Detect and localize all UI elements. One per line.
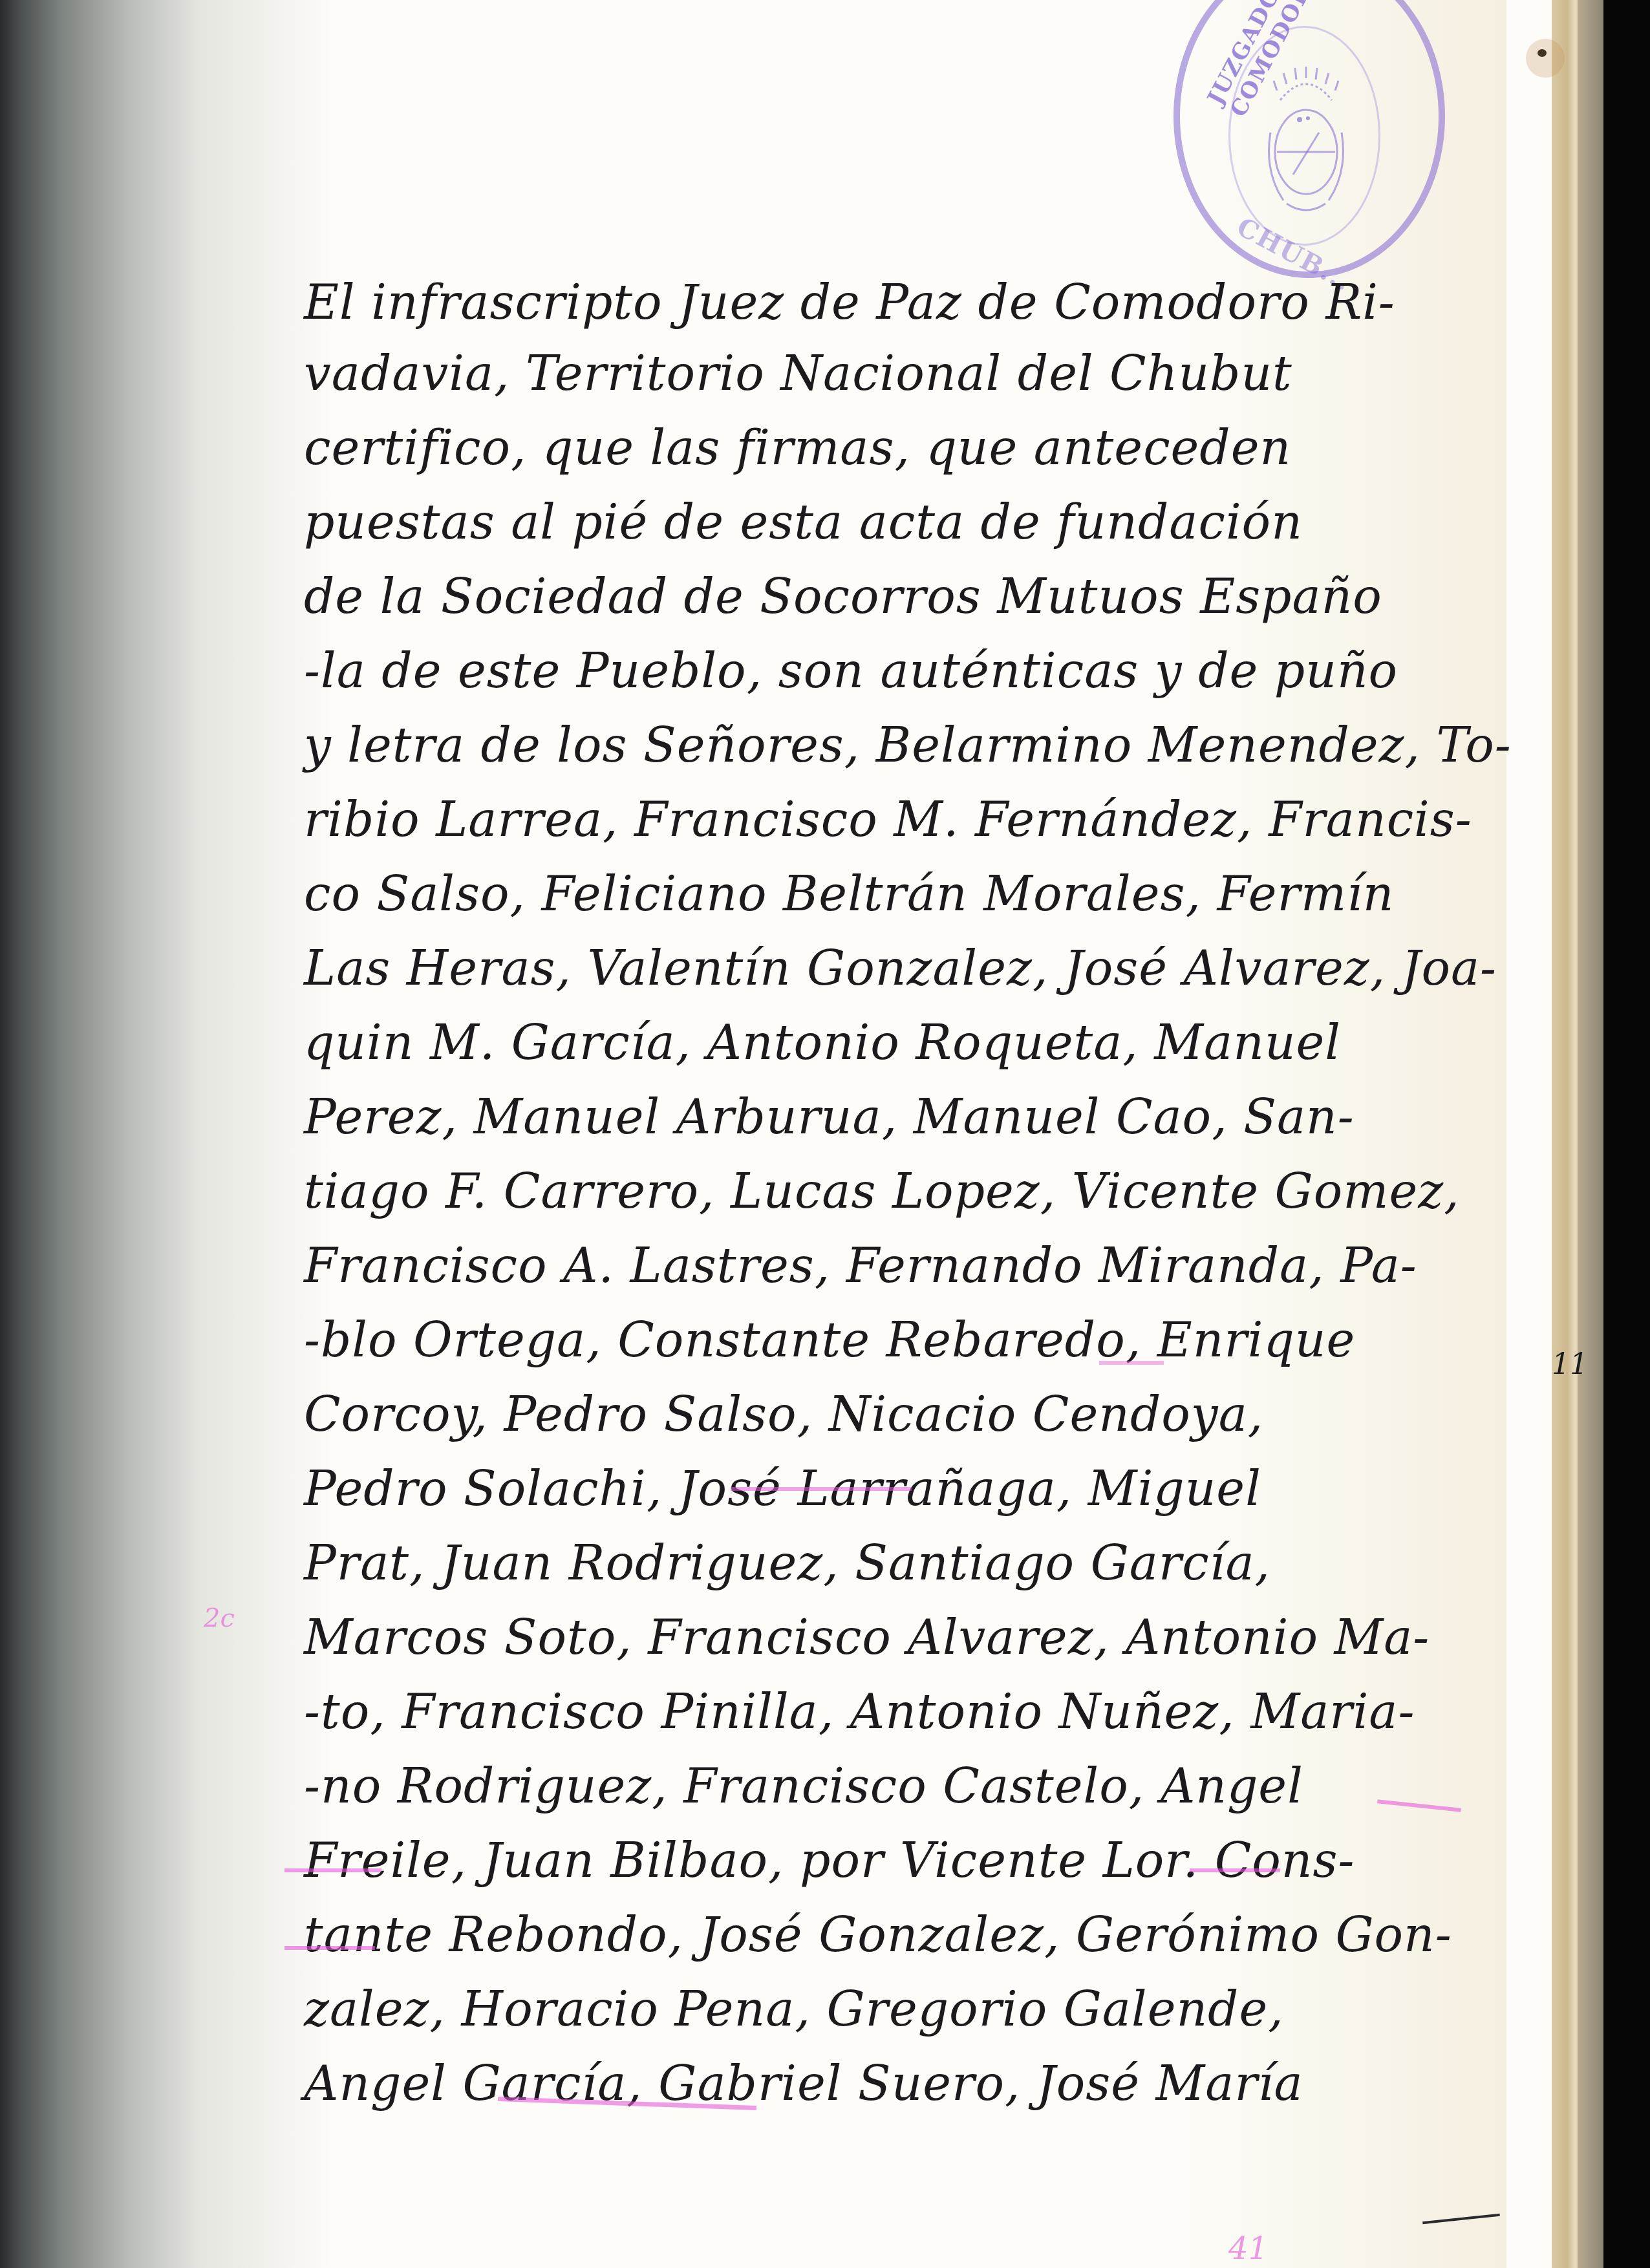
text-line: -la de este Pueblo, son auténticas y de … [304,643,1532,699]
text-line: vadavia, Territorio Nacional del Chubut [304,346,1532,401]
pink-underline [731,1487,912,1491]
text-line: -blo Ortega, Constante Rebaredo, Enrique [304,1312,1532,1368]
text-line: quin M. García, Antonio Roqueta, Manuel [304,1015,1532,1071]
text-line: de la Sociedad de Socorros Mutuos Españo [304,569,1532,625]
folio-number: 41 [1228,2231,1268,2267]
text-line: Perez, Manuel Arburua, Manuel Cao, San- [304,1089,1532,1145]
text-line: tante Rebondo, José Gonzalez, Gerónimo G… [304,1907,1532,1963]
text-line: -to, Francisco Pinilla, Antonio Nuñez, M… [304,1684,1532,1740]
text-line: Corcoy, Pedro Salso, Nicacio Cendoya, [304,1387,1532,1442]
text-line: puestas al pié de esta acta de fundación [304,495,1532,550]
pink-underline [284,1868,381,1872]
text-line: Marcos Soto, Francisco Alvarez, Antonio … [304,1610,1532,1665]
pink-underline [1190,1868,1280,1872]
pink-underline [1099,1361,1164,1365]
text-line: tiago F. Carrero, Lucas Lopez, Vicente G… [304,1164,1532,1219]
pink-underline [284,1946,375,1950]
text-line: ribio Larrea, Francisco M. Fernández, Fr… [304,792,1532,848]
text-line: Angel García, Gabriel Suero, José María [304,2056,1532,2112]
text-line: zalez, Horacio Pena, Gregorio Galende, [304,1982,1532,2037]
coat-of-arms-icon [1258,61,1355,223]
text-line: Francisco A. Lastres, Fernando Miranda, … [304,1238,1532,1294]
text-line: Pedro Solachi, José Larrañaga, Miguel [304,1461,1532,1517]
text-line: co Salso, Feliciano Beltrán Morales, Fer… [304,866,1532,922]
text-line: Prat, Juan Rodriguez, Santiago García, [304,1535,1532,1591]
scanner-background [1603,0,1650,2268]
foxing-stain [1526,39,1565,78]
text-line: Freile, Juan Bilbao, por Vicente Lor. Co… [304,1833,1532,1888]
right-edge-mark: 11 [1552,1348,1588,1381]
text-line: El infrascripto Juez de Paz de Comodoro … [304,275,1532,330]
text-line: certifico, que las firmas, que anteceden [304,420,1532,476]
text-line: y letra de los Señores, Belarmino Menend… [304,718,1532,773]
left-margin-note: 2c [204,1603,235,1633]
text-line: -no Rodriguez, Francisco Castelo, Angel [304,1759,1532,1814]
text-line: Las Heras, Valentín Gonzalez, José Alvar… [304,941,1532,996]
page-edge-shadow [1578,0,1603,2268]
